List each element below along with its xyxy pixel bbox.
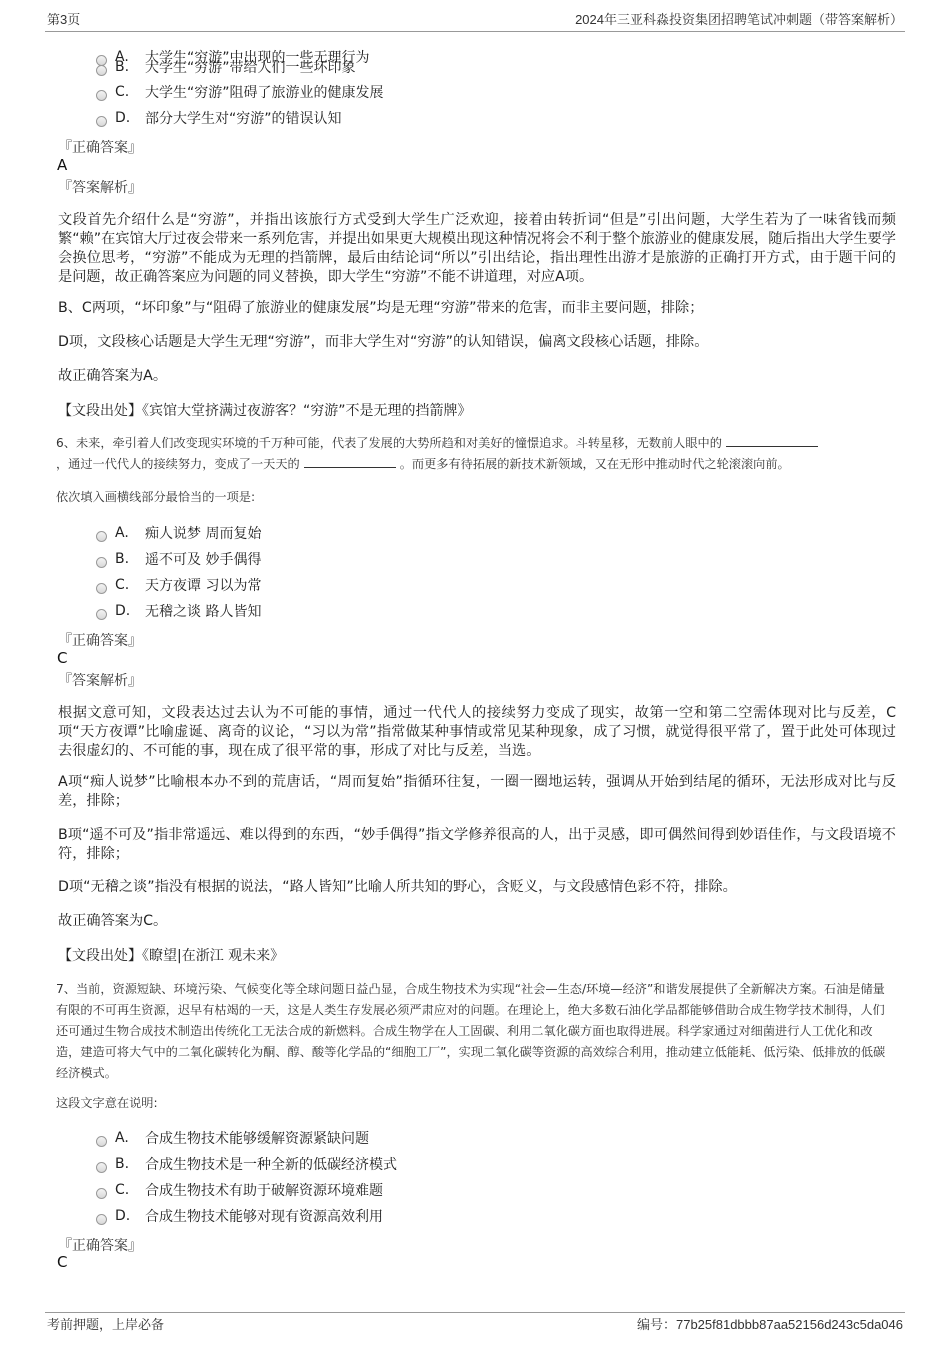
document-code: 编号：77b25f81dbbb87aa52156d243c5da046 — [637, 1314, 903, 1333]
q7-prompt: 这段文字意在说明: — [56, 1093, 896, 1114]
q5-answer-label: 『正确答案』 — [58, 137, 142, 157]
q5-answer: A — [57, 156, 67, 174]
q6-option-c[interactable]: C. 天方夜谭 习以为常 — [96, 575, 261, 595]
option-text: 合成生物技术能够缓解资源紧缺问题 — [145, 1128, 369, 1148]
radio-icon[interactable] — [96, 531, 107, 542]
q5-analysis-label: 『答案解析』 — [58, 177, 142, 197]
q7-stem: 7、当前，资源短缺、环境污染、气候变化等全球问题日益凸显，合成生物技术为实现“社… — [56, 979, 896, 1084]
q5-analysis-paragraph: 文段首先介绍什么是“穷游”，并指出该旅行方式受到大学生广泛欢迎，接着由转折词“但… — [58, 211, 896, 287]
option-text: 大学生“穷游”带给人们一些坏印象 — [145, 57, 356, 77]
option-text: 痴人说梦 周而复始 — [145, 523, 261, 543]
option-text: 遥不可及 妙手偶得 — [145, 549, 261, 569]
radio-icon[interactable] — [96, 90, 107, 101]
q7-option-d[interactable]: D. 合成生物技术能够对现有资源高效利用 — [96, 1206, 383, 1226]
q7-option-a[interactable]: A. 合成生物技术能够缓解资源紧缺问题 — [96, 1128, 369, 1148]
header-divider — [45, 31, 905, 32]
q5-analysis-paragraph: B、C两项，“坏印象”与“阻碍了旅游业的健康发展”均是无理“穷游”带来的危害，而… — [58, 299, 896, 318]
q6-option-b[interactable]: B. 遥不可及 妙手偶得 — [96, 549, 261, 569]
radio-icon[interactable] — [96, 609, 107, 620]
q6-option-d[interactable]: D. 无稽之谈 路人皆知 — [96, 601, 261, 621]
radio-icon[interactable] — [96, 557, 107, 568]
q6-analysis-paragraph: B项“遥不可及”指非常遥远、难以得到的东西，“妙手偶得”指文学修养很高的人，出于… — [58, 826, 896, 864]
q5-analysis-paragraph: D项，文段核心话题是大学生无理“穷游”，而非大学生对“穷游”的认知错误，偏离文段… — [58, 333, 896, 352]
document-title: 2024年三亚科淼投资集团招聘笔试冲刺题（带答案解析） — [575, 9, 903, 28]
q6-stem: 6、未来，牵引着人们改变现实环境的千万种可能，代表了发展的大势所趋和对美好的憧憬… — [56, 433, 896, 475]
radio-icon[interactable] — [96, 1162, 107, 1173]
option-text: 合成生物技术有助于破解资源环境难题 — [145, 1180, 383, 1200]
radio-icon[interactable] — [96, 1214, 107, 1225]
q6-answer-label: 『正确答案』 — [58, 630, 142, 650]
q6-analysis-conclusion: 故正确答案为C。 — [58, 912, 896, 931]
q6-analysis-paragraph: 根据文意可知，文段表达过去认为不可能的事情，通过一代代人的接续努力变成了现实，故… — [58, 704, 896, 761]
fill-blank-1 — [726, 434, 818, 447]
option-text: 无稽之谈 路人皆知 — [145, 601, 261, 621]
q5-analysis-conclusion: 故正确答案为A。 — [58, 367, 896, 386]
q6-prompt: 依次填入画横线部分最恰当的一项是: — [56, 487, 896, 508]
q5-source: 【文段出处】《宾馆大堂挤满过夜游客？“穷游”不是无理的挡箭牌》 — [58, 400, 472, 420]
radio-icon[interactable] — [96, 1136, 107, 1147]
q6-analysis-paragraph: A项“痴人说梦”比喻根本办不到的荒唐话，“周而复始”指循环往复，一圈一圈地运转，… — [58, 773, 896, 811]
radio-icon[interactable] — [96, 1188, 107, 1199]
q6-option-a[interactable]: A. 痴人说梦 周而复始 — [96, 523, 261, 543]
option-text: 合成生物技术能够对现有资源高效利用 — [145, 1206, 383, 1226]
option-text: 大学生“穷游”阻碍了旅游业的健康发展 — [145, 82, 384, 102]
q7-answer: C — [57, 1253, 67, 1271]
q6-answer: C — [57, 649, 67, 667]
option-text: 天方夜谭 习以为常 — [145, 575, 261, 595]
radio-icon[interactable] — [96, 583, 107, 594]
q7-answer-label: 『正确答案』 — [58, 1235, 142, 1255]
q6-source: 【文段出处】《瞭望|在浙江 观未来》 — [58, 945, 284, 965]
q6-analysis-label: 『答案解析』 — [58, 670, 142, 690]
footer-divider — [45, 1312, 905, 1313]
radio-icon[interactable] — [96, 65, 107, 76]
footer-slogan: 考前押题，上岸必备 — [47, 1314, 164, 1333]
q7-option-c[interactable]: C. 合成生物技术有助于破解资源环境难题 — [96, 1180, 383, 1200]
option-text: 部分大学生对“穷游”的错误认知 — [145, 108, 342, 128]
option-text: 合成生物技术是一种全新的低碳经济模式 — [145, 1154, 397, 1174]
q5-option-d[interactable]: D. 部分大学生对“穷游”的错误认知 — [96, 108, 342, 128]
radio-icon[interactable] — [96, 116, 107, 127]
q7-option-b[interactable]: B. 合成生物技术是一种全新的低碳经济模式 — [96, 1154, 397, 1174]
page-number: 第3页 — [47, 9, 80, 28]
fill-blank-2 — [304, 455, 396, 468]
q6-analysis-paragraph: D项“无稽之谈”指没有根据的说法，“路人皆知”比喻人所共知的野心，含贬义，与文段… — [58, 878, 896, 897]
q5-option-c[interactable]: C. 大学生“穷游”阻碍了旅游业的健康发展 — [96, 82, 384, 102]
q5-option-b[interactable]: B. 大学生“穷游”带给人们一些坏印象 — [96, 57, 356, 77]
